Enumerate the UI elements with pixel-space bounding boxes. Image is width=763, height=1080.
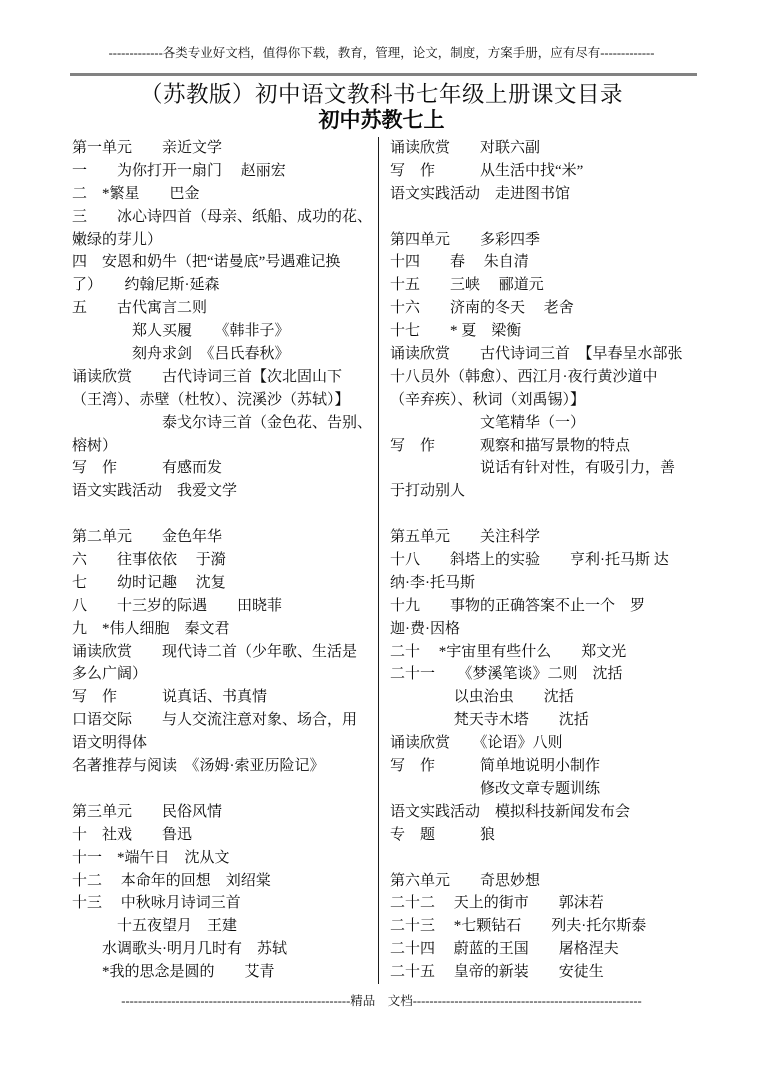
toc-line: 二十四 蔚蓝的王国 屠格涅夫 [390, 938, 697, 961]
toc-line: 榕树） [72, 435, 378, 458]
toc-line: 二 *繁星 巴金 [72, 183, 378, 206]
toc-column-left: 第一单元 亲近文学一 为你打开一扇门 赵丽宏二 *繁星 巴金三 冰心诗四首（母亲… [72, 137, 378, 984]
toc-line: 嫩绿的芽儿） [72, 229, 378, 252]
toc-line [72, 503, 378, 526]
toc-line: 语文实践活动 我爱文学 [72, 480, 378, 503]
toc-line: 语文实践活动 模拟科技新闻发布会 [390, 801, 697, 824]
toc-line: 第一单元 亲近文学 [72, 137, 378, 160]
header-note: -------------各类专业好文档，值得你下载，教育，管理，论文，制度，方… [0, 46, 763, 61]
toc-line: 写 作 有感而发 [72, 457, 378, 480]
toc-line: （王湾）、赤壁（杜牧）、浣溪沙（苏轼）】 [72, 389, 378, 412]
toc-line: 语文实践活动 走进图书馆 [390, 183, 697, 206]
toc-line: 二十 *宇宙里有些什么 郑文光 [390, 641, 697, 664]
toc-line: 了） 约翰尼斯·延森 [72, 274, 378, 297]
toc-line: 专 题 狼 [390, 824, 697, 847]
document-page: -------------各类专业好文档，值得你下载，教育，管理，论文，制度，方… [0, 46, 763, 1009]
toc-line: 十八员外（韩愈）、西江月·夜行黄沙道中 [390, 366, 697, 389]
toc-line: 诵读欣赏 古代诗词三首 【早春呈水部张 [390, 343, 697, 366]
toc-line: 写 作 简单地说明小制作 [390, 755, 697, 778]
toc-line: 十三 中秋咏月诗词三首 [72, 892, 378, 915]
toc-columns: 第一单元 亲近文学一 为你打开一扇门 赵丽宏二 *繁星 巴金三 冰心诗四首（母亲… [72, 137, 697, 984]
toc-line: 十五 三峡 郦道元 [390, 274, 697, 297]
toc-line: 第二单元 金色年华 [72, 526, 378, 549]
toc-line: 七 幼时记趣 沈复 [72, 572, 378, 595]
toc-line: 郑人买履 《韩非子》 [72, 320, 378, 343]
toc-line: 十四 春 朱自清 [390, 251, 697, 274]
toc-line: 迦·费·因格 [390, 618, 697, 641]
toc-line [390, 847, 697, 870]
toc-line: 八 十三岁的际遇 田晓菲 [72, 595, 378, 618]
toc-line: 诵读欣赏 《论语》八则 [390, 732, 697, 755]
toc-line: （辛弃疾）、秋词（刘禹锡）】 [390, 389, 697, 412]
toc-column-right: 诵读欣赏 对联六副写 作 从生活中找“米”语文实践活动 走进图书馆第四单元 多彩… [378, 137, 697, 984]
toc-line: 二十二 天上的街市 郭沫若 [390, 892, 697, 915]
toc-line: 九 *伟人细胞 秦文君 [72, 618, 378, 641]
toc-line: 多么广阔） [72, 663, 378, 686]
toc-line: 十六 济南的冬天 老舍 [390, 297, 697, 320]
toc-line: 十一 *端午日 沈从文 [72, 847, 378, 870]
toc-line: 梵天寺木塔 沈括 [390, 709, 697, 732]
toc-line: 第三单元 民俗风情 [72, 801, 378, 824]
toc-line: 于打动别人 [390, 480, 697, 503]
header-rule-divider [70, 73, 697, 76]
toc-line: 语文明得体 [72, 732, 378, 755]
toc-line: 泰戈尔诗三首（金色花、告别、 [72, 412, 378, 435]
toc-line: 五 古代寓言二则 [72, 297, 378, 320]
toc-line: 以虫治虫 沈括 [390, 686, 697, 709]
document-title: （苏教版）初中语文教科书七年级上册课文目录 [0, 82, 763, 108]
toc-line: 名著推荐与阅读 《汤姆·索亚历险记》 [72, 755, 378, 778]
toc-line: 水调歌头·明月几时有 苏轼 [72, 938, 378, 961]
toc-line: 写 作 说真话、书真情 [72, 686, 378, 709]
toc-line: 六 往事依依 于漪 [72, 549, 378, 572]
toc-line: 写 作 观察和描写景物的特点 [390, 435, 697, 458]
toc-line: 二十三 *七颗钻石 列夫·托尔斯泰 [390, 915, 697, 938]
toc-line: 十九 事物的正确答案不止一个 罗 [390, 595, 697, 618]
toc-line: 说话有针对性，有吸引力，善 [390, 457, 697, 480]
toc-line: 第四单元 多彩四季 [390, 229, 697, 252]
toc-line: 四 安恩和奶牛（把“诺曼底”号遇难记换 [72, 251, 378, 274]
toc-line: 十五夜望月 王建 [72, 915, 378, 938]
toc-line: 十八 斜塔上的实验 亨利·托马斯 达 [390, 549, 697, 572]
toc-line: 一 为你打开一扇门 赵丽宏 [72, 160, 378, 183]
document-subtitle: 初中苏教七上 [0, 108, 763, 133]
toc-line: 诵读欣赏 现代诗二首（少年歌、生活是 [72, 641, 378, 664]
toc-line: 十 社戏 鲁迅 [72, 824, 378, 847]
toc-line: 写 作 从生活中找“米” [390, 160, 697, 183]
toc-line: *我的思念是圆的 艾青 [72, 961, 378, 984]
toc-line: 第六单元 奇思妙想 [390, 870, 697, 893]
toc-line: 三 冰心诗四首（母亲、纸船、成功的花、 [72, 206, 378, 229]
toc-line: 文笔精华（一） [390, 412, 697, 435]
toc-line: 十七 * 夏 梁衡 [390, 320, 697, 343]
toc-line: 第五单元 关注科学 [390, 526, 697, 549]
toc-line [390, 206, 697, 229]
footer-note: ----------------------------------------… [0, 994, 763, 1009]
toc-line: 刻舟求剑 《吕氏春秋》 [72, 343, 378, 366]
toc-line: 口语交际 与人交流注意对象、场合，用 [72, 709, 378, 732]
toc-line: 二十五 皇帝的新装 安徒生 [390, 961, 697, 984]
toc-line: 修改文章专题训练 [390, 778, 697, 801]
toc-line [390, 503, 697, 526]
toc-line: 诵读欣赏 古代诗词三首【次北固山下 [72, 366, 378, 389]
toc-line [72, 778, 378, 801]
toc-line: 二十一 《梦溪笔谈》二则 沈括 [390, 663, 697, 686]
toc-line: 十二 本命年的回想 刘绍棠 [72, 870, 378, 893]
toc-line: 纳·李·托马斯 [390, 572, 697, 595]
toc-line: 诵读欣赏 对联六副 [390, 137, 697, 160]
